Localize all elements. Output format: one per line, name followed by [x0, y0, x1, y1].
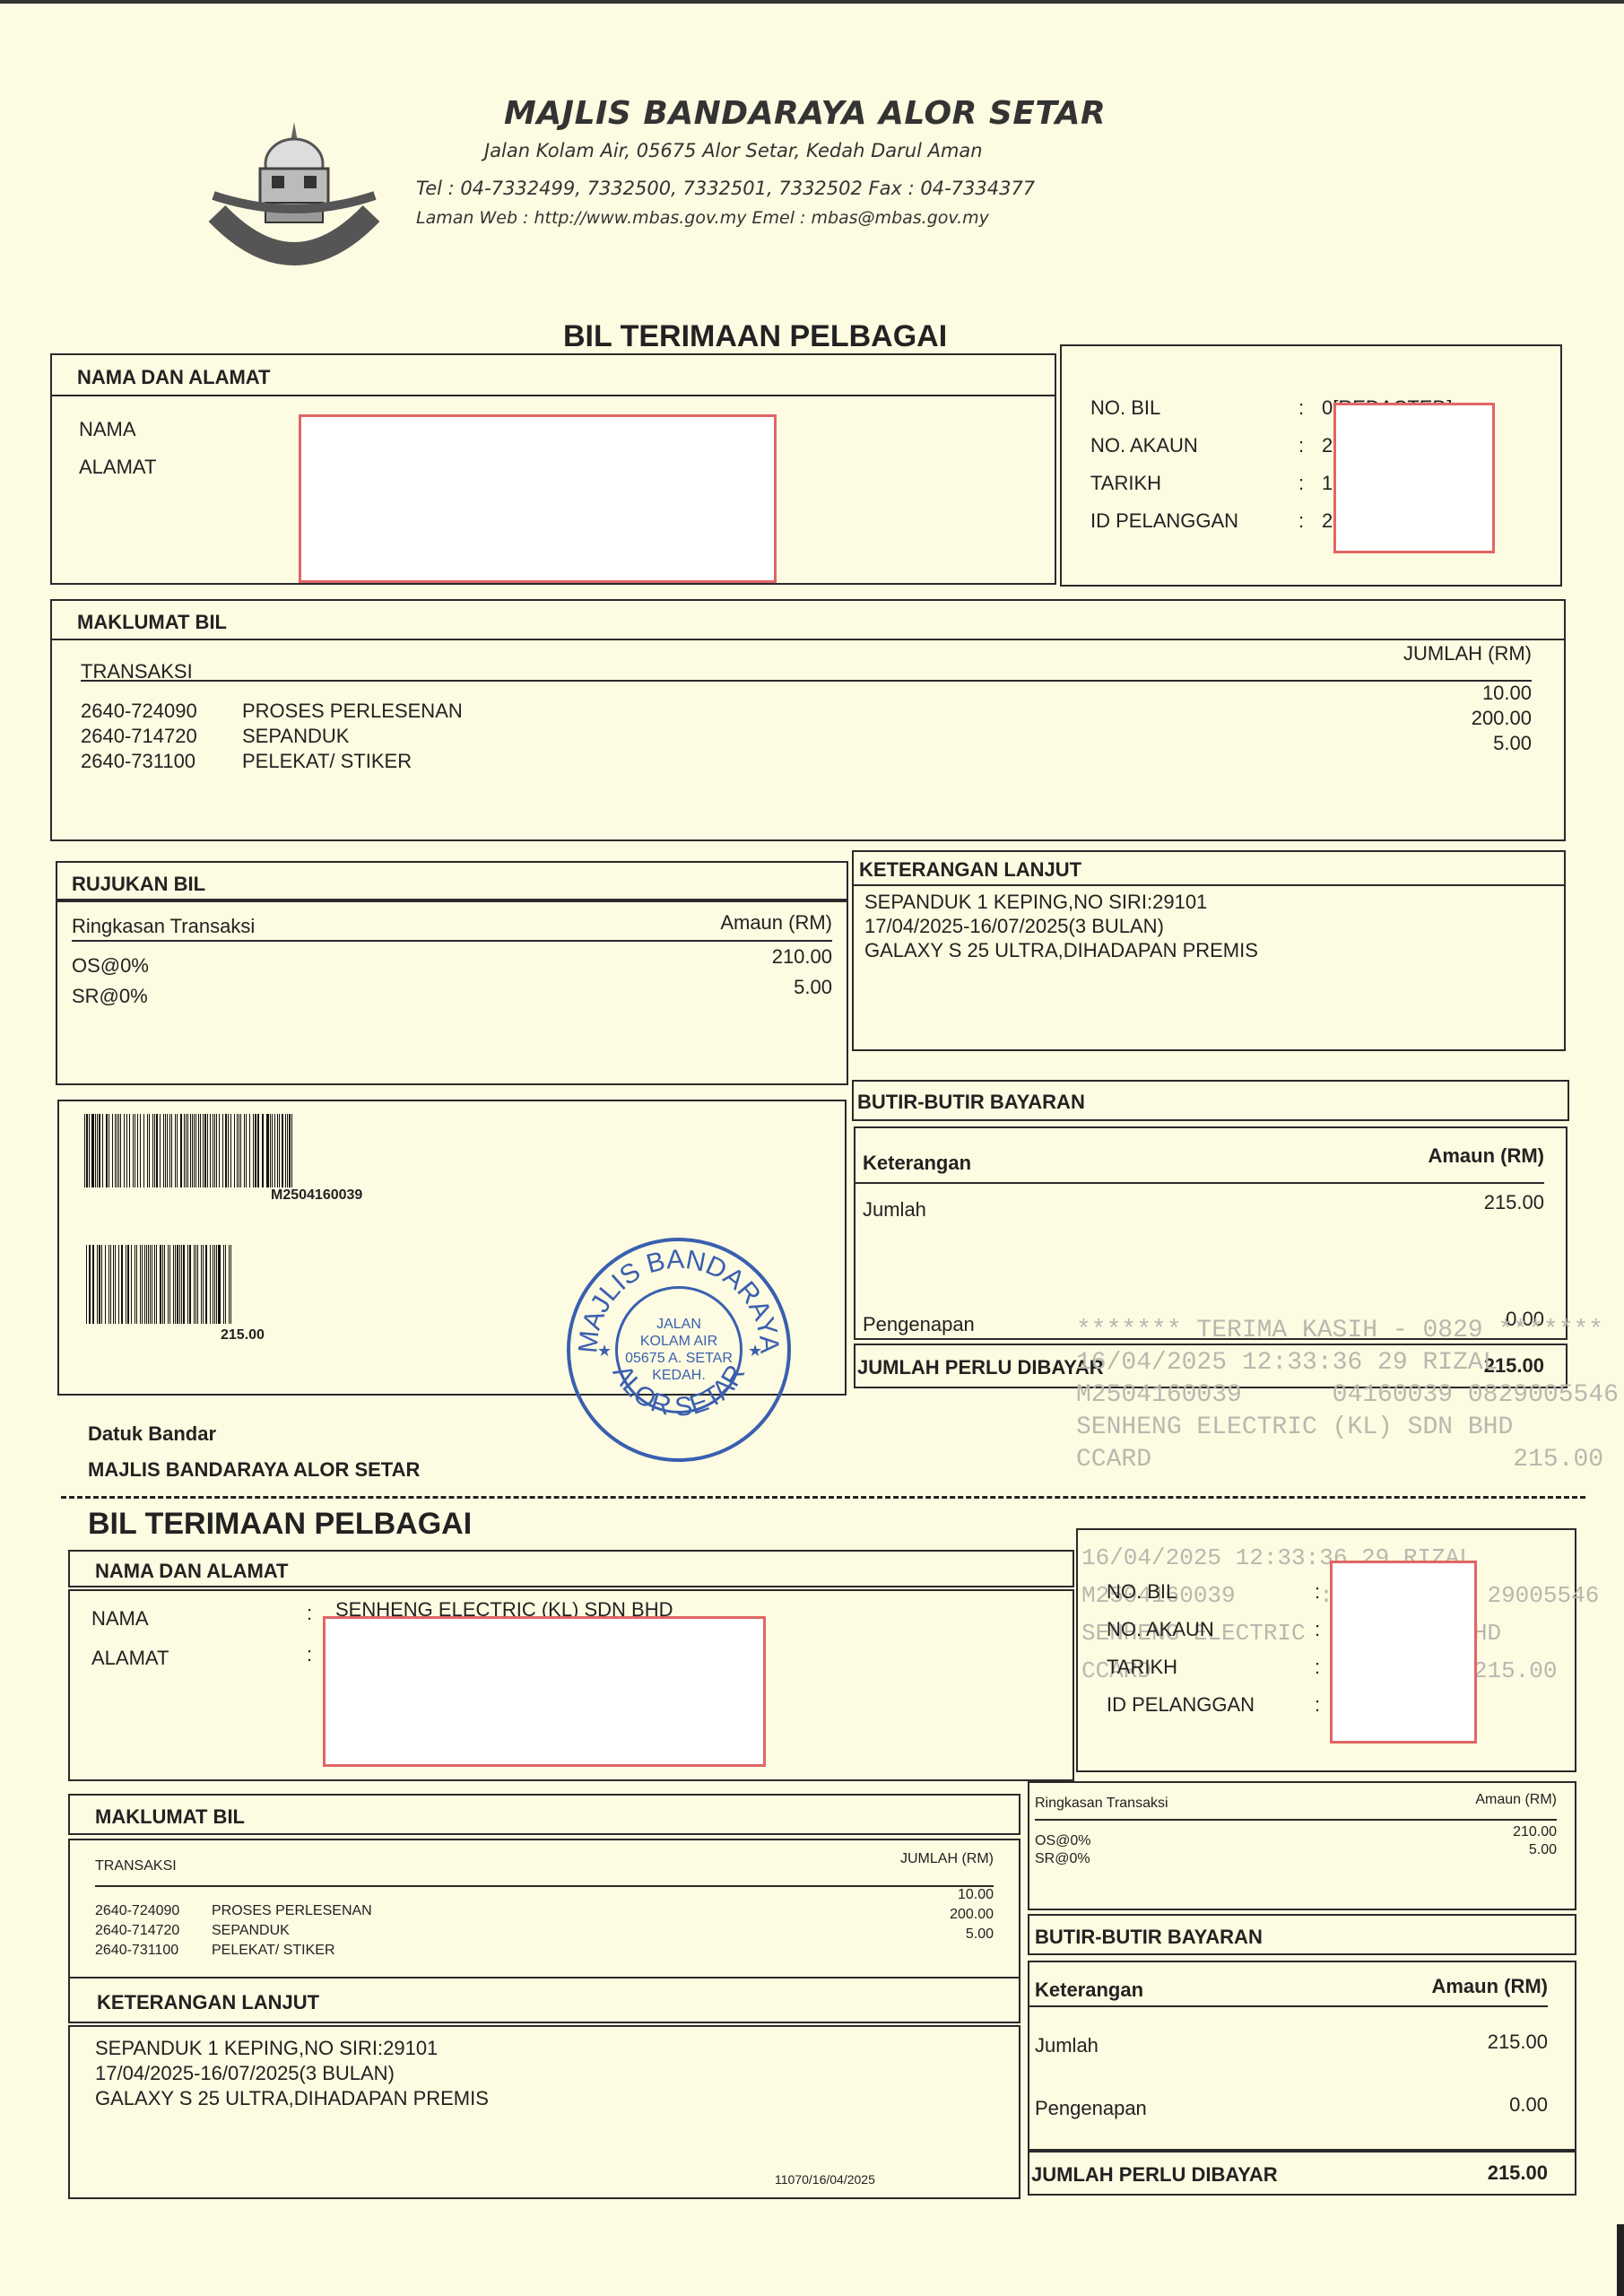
field-label: ID PELANGGAN: [1090, 509, 1238, 533]
section-heading: NAMA DAN ALAMAT: [77, 366, 270, 389]
svg-text:★: ★: [597, 1342, 612, 1360]
section-heading: KETERANGAN LANJUT: [97, 1991, 319, 2014]
pengenapan-label: Pengenapan: [1035, 2097, 1147, 2120]
jumlah-value: 215.00: [1488, 2031, 1548, 2054]
barcode-amount-text: 215.00: [221, 1327, 265, 1344]
total-label: JUMLAH PERLU DIBAYAR: [1031, 2163, 1278, 2187]
field-sep: :: [1315, 1618, 1320, 1641]
tx-desc: PROSES PERLESENAN: [212, 1903, 372, 1919]
col-jumlah: JUMLAH (RM): [900, 1851, 994, 1867]
copy2-maklumat-bil-header: MAKLUMAT BIL: [68, 1794, 1020, 1835]
barcode-ref-text: M2504160039: [271, 1187, 362, 1204]
col-keterangan: Keterangan: [863, 1152, 971, 1175]
keterangan-line: GALAXY S 25 ULTRA,DIHADAPAN PREMIS: [95, 2086, 489, 2111]
section-heading: MAKLUMAT BIL: [77, 611, 227, 634]
org-address: Jalan Kolam Air, 05675 Alor Setar, Kedah…: [484, 140, 983, 161]
col-ringkasan: Ringkasan Transaksi: [1035, 1796, 1168, 1812]
jumlah-label: Jumlah: [1035, 2034, 1099, 2057]
redacted-bill-info: [1333, 403, 1495, 553]
summary-amount: 210.00: [772, 945, 832, 969]
tx-desc: PELEKAT/ STIKER: [212, 1943, 335, 1959]
tx-desc: PROSES PERLESENAN: [242, 700, 463, 723]
redacted-bill-info: [1330, 1561, 1477, 1744]
section-heading: KETERANGAN LANJUT: [859, 858, 1081, 882]
stamp-line: KOLAM AIR: [640, 1333, 717, 1350]
receipt-line: ******* TERIMA KASIH - 0829 *******: [1076, 1315, 1619, 1347]
section-heading: BUTIR-BUTIR BAYARAN: [857, 1091, 1085, 1114]
field-sep: :: [1298, 396, 1304, 420]
redacted-address: [299, 414, 777, 583]
field-label: TARIKH: [1107, 1656, 1177, 1679]
alamat-sep: :: [307, 1643, 312, 1666]
field-sep: :: [1298, 434, 1304, 457]
stamp-line: JALAN: [656, 1316, 701, 1333]
keterangan-line: GALAXY S 25 ULTRA,DIHADAPAN PREMIS: [864, 938, 1258, 962]
official-stamp: MAJLIS BANDARAYA ALOR SETAR ★ ★ JALANKOL…: [567, 1238, 791, 1462]
field-label: NO. AKAUN: [1107, 1618, 1214, 1641]
copy2-bill-info-panel: 16/04/2025 12:33:36 29 RIZALM2504160039 …: [1076, 1528, 1576, 1772]
page-title: BIL TERIMAAN PELBAGAI: [563, 319, 947, 354]
tx-code: 2640-731100: [81, 750, 195, 773]
keterangan-lanjut-panel: SEPANDUK 1 KEPING,NO SIRI:2910117/04/202…: [852, 884, 1566, 1051]
org-web: Laman Web : http://www.mbas.gov.my Emel …: [416, 208, 989, 228]
field-label: NO. BIL: [1090, 396, 1160, 420]
rujukan-bil-header: RUJUKAN BIL: [56, 861, 848, 902]
org-contact: Tel : 04-7332499, 7332500, 7332501, 7332…: [416, 178, 1035, 199]
section-heading: MAKLUMAT BIL: [95, 1805, 245, 1829]
org-name: MAJLIS BANDARAYA ALOR SETAR: [504, 95, 1106, 132]
copy2-maklumat-bil-panel: TRANSAKSI JUMLAH (RM) 2640-724090PROSES …: [68, 1839, 1020, 1979]
col-ringkasan: Ringkasan Transaksi: [72, 915, 255, 938]
total-value: 215.00: [1488, 2161, 1548, 2185]
col-amaun: Amaun (RM): [1475, 1792, 1557, 1808]
keterangan-lines: SEPANDUK 1 KEPING,NO SIRI:2910117/04/202…: [95, 2036, 489, 2111]
keterangan-line: SEPANDUK 1 KEPING,NO SIRI:29101: [95, 2036, 489, 2061]
copy2-nama-alamat-header: NAMA DAN ALAMAT: [68, 1550, 1074, 1587]
field-label: NO. BIL: [1107, 1580, 1177, 1604]
cut-line: [61, 1496, 1585, 1499]
tx-amount: 200.00: [1472, 707, 1532, 730]
keterangan-lanjut-header: KETERANGAN LANJUT: [852, 850, 1566, 886]
field-sep: :: [1315, 1580, 1320, 1604]
stamp-line: 05675 A. SETAR: [625, 1350, 733, 1367]
copy2-total-row: JUMLAH PERLU DIBAYAR 215.00: [1028, 2149, 1576, 2196]
footer-ref: 11070/16/04/2025: [775, 2172, 875, 2187]
maklumat-bil-panel: TRANSAKSI JUMLAH (RM) 2640-724090PROSES …: [50, 639, 1566, 841]
tx-code: 2640-714720: [81, 725, 197, 748]
field-label: TARIKH: [1090, 472, 1161, 495]
maklumat-bil-header: MAKLUMAT BIL: [50, 599, 1566, 640]
butir-bayaran-header: BUTIR-BUTIR BAYARAN: [852, 1080, 1569, 1121]
scan-edge-right: [1617, 2224, 1624, 2296]
field-sep: :: [1298, 509, 1304, 533]
keterangan-lines: SEPANDUK 1 KEPING,NO SIRI:2910117/04/202…: [864, 890, 1258, 962]
col-amaun: Amaun (RM): [1428, 1144, 1544, 1168]
copy2-title: BIL TERIMAAN PELBAGAI: [88, 1507, 472, 1542]
total-label: JUMLAH PERLU DIBAYAR: [857, 1356, 1104, 1379]
section-heading: BUTIR-BUTIR BAYARAN: [1035, 1926, 1263, 1949]
scan-edge-top: [0, 0, 1624, 4]
barcode-ref: [84, 1114, 294, 1187]
field-label: NO. AKAUN: [1090, 434, 1198, 457]
crest-logo-icon: [204, 115, 384, 267]
tx-code: 2640-724090: [81, 700, 197, 723]
col-amaun: Amaun (RM): [720, 911, 832, 935]
tx-amount: 200.00: [950, 1907, 994, 1923]
col-transaksi: TRANSAKSI: [95, 1858, 177, 1874]
copy2-butir-bayaran-panel: Keterangan Amaun (RM) Jumlah 215.00 Peng…: [1028, 1961, 1576, 2152]
summary-label: SR@0%: [72, 985, 148, 1008]
redacted-address: [323, 1616, 766, 1767]
summary-label: OS@0%: [72, 954, 149, 978]
tx-amount: 5.00: [1493, 732, 1532, 755]
nama-sep: :: [307, 1602, 312, 1625]
butir-bayaran-panel: Keterangan Amaun (RM) Jumlah 215.00 Peng…: [854, 1126, 1568, 1340]
copy2-keterangan-header: KETERANGAN LANJUT: [68, 1977, 1020, 2023]
signatory-org: MAJLIS BANDARAYA ALOR SETAR: [88, 1458, 420, 1482]
svg-text:★: ★: [748, 1342, 762, 1360]
copy2-keterangan-panel: SEPANDUK 1 KEPING,NO SIRI:2910117/04/202…: [68, 2025, 1020, 2199]
nama-label: NAMA: [79, 418, 136, 441]
section-heading: RUJUKAN BIL: [72, 873, 205, 896]
copy2-butir-bayaran-header: BUTIR-BUTIR BAYARAN: [1028, 1914, 1576, 1955]
receipt-line: CCARD 215.00: [1076, 1444, 1619, 1476]
col-amaun: Amaun (RM): [1431, 1975, 1548, 1998]
receipt-line: 16/04/2025 12:33:36 29 RIZAL: [1076, 1347, 1619, 1379]
section-heading: NAMA DAN ALAMAT: [95, 1560, 288, 1583]
tx-amount: 10.00: [1482, 682, 1532, 705]
alamat-label: ALAMAT: [79, 456, 156, 479]
tx-code: 2640-731100: [95, 1943, 178, 1959]
field-sep: :: [1298, 472, 1304, 495]
summary-amount: 5.00: [794, 976, 832, 999]
keterangan-line: 17/04/2025-16/07/2025(3 BULAN): [864, 914, 1258, 938]
col-keterangan: Keterangan: [1035, 1979, 1143, 2002]
receipt-print-stamp: ******* TERIMA KASIH - 0829 *******16/04…: [1076, 1315, 1619, 1476]
summary-label: SR@0%: [1035, 1851, 1090, 1867]
field-sep: :: [1315, 1656, 1320, 1679]
keterangan-line: SEPANDUK 1 KEPING,NO SIRI:29101: [864, 890, 1258, 914]
pengenapan-value: 0.00: [1509, 2093, 1548, 2117]
tx-desc: SEPANDUK: [242, 725, 349, 748]
nama-alamat-header: NAMA DAN ALAMAT: [50, 353, 1056, 396]
barcode-amount: [86, 1245, 232, 1324]
tx-desc: PELEKAT/ STIKER: [242, 750, 412, 773]
receipt-line: SENHENG ELECTRIC (KL) SDN BHD: [1076, 1412, 1619, 1444]
tx-amount: 10.00: [958, 1887, 994, 1903]
nama-label: NAMA: [91, 1607, 149, 1631]
copy2-ringkasan-panel: Ringkasan Transaksi Amaun (RM) OS@0%210.…: [1028, 1781, 1576, 1910]
receipt-line: M2504160039 04160039 0829005546: [1076, 1379, 1619, 1412]
tx-code: 2640-714720: [95, 1923, 179, 1939]
tx-desc: SEPANDUK: [212, 1923, 290, 1939]
tx-code: 2640-724090: [95, 1903, 179, 1919]
pengenapan-label: Pengenapan: [863, 1313, 975, 1336]
jumlah-value: 215.00: [1484, 1191, 1544, 1214]
alamat-label: ALAMAT: [91, 1647, 169, 1670]
field-sep: :: [1315, 1693, 1320, 1717]
rujukan-bil-panel: Ringkasan Transaksi Amaun (RM) OS@0%210.…: [56, 899, 848, 1085]
jumlah-label: Jumlah: [863, 1198, 926, 1222]
stamp-inner-text: JALANKOLAM AIR05675 A. SETARKEDAH.: [615, 1286, 743, 1413]
summary-label: OS@0%: [1035, 1833, 1090, 1849]
summary-amount: 210.00: [1513, 1824, 1557, 1840]
keterangan-line: 17/04/2025-16/07/2025(3 BULAN): [95, 2061, 489, 2086]
summary-amount: 5.00: [1529, 1842, 1557, 1858]
col-jumlah: JUMLAH (RM): [1403, 642, 1532, 665]
stamp-line: KEDAH.: [652, 1367, 706, 1384]
signatory-title: Datuk Bandar: [88, 1422, 216, 1446]
tx-amount: 5.00: [966, 1926, 994, 1943]
field-label: ID PELANGGAN: [1107, 1693, 1255, 1717]
